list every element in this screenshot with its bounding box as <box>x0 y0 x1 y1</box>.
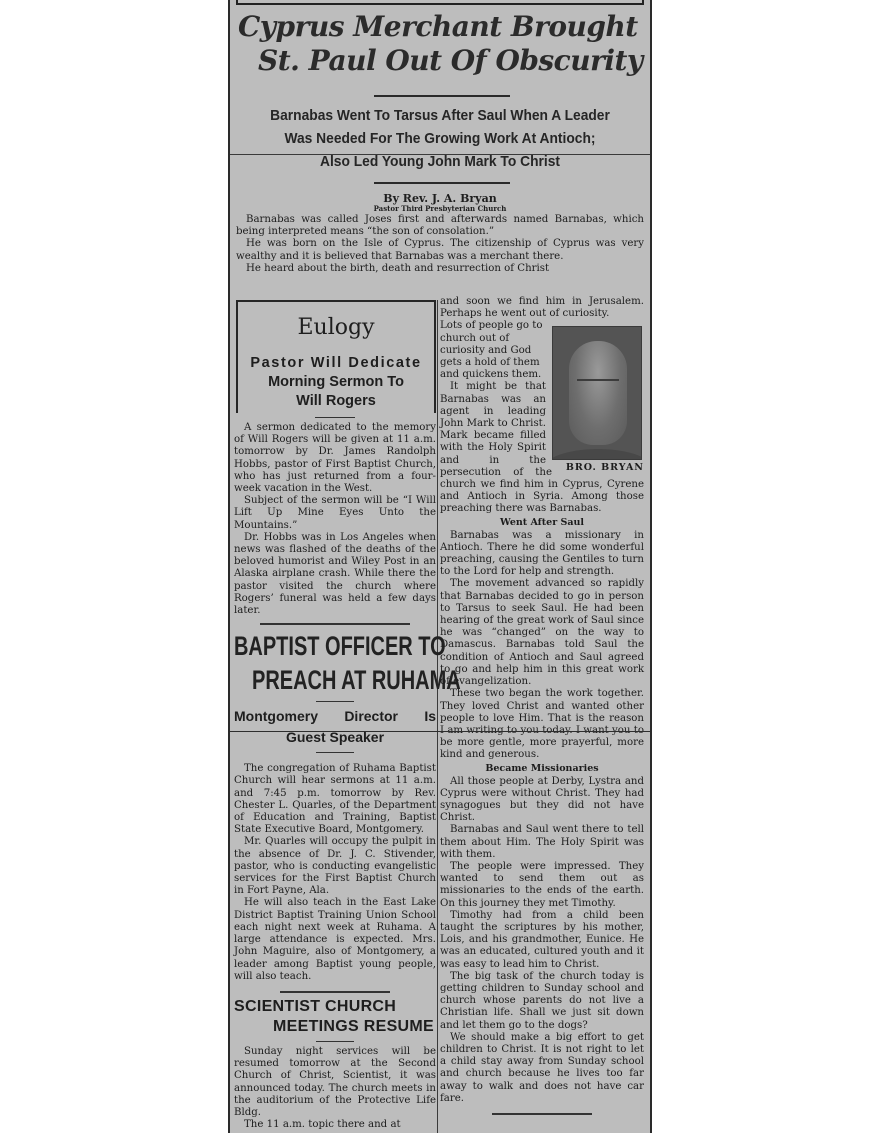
eulogy-paragraph: Subject of the sermon will be “I Will Li… <box>234 495 436 532</box>
photo-caption: BRO. BRYAN <box>552 462 644 474</box>
eulogy-title: Eulogy <box>242 314 430 342</box>
main-deck: Barnabas Went To Tarsus After Saul When … <box>247 104 633 173</box>
scientist-paragraph: The 11 a.m. topic there and at <box>234 1119 436 1131</box>
byline-title: Pastor Third Presbyterian Church <box>230 205 650 213</box>
deck-word: Montgomery <box>234 706 318 727</box>
section-subhead: Became Missionaries <box>440 763 644 775</box>
left-column: Eulogy Pastor Will Dedicate Morning Serm… <box>234 300 436 1131</box>
article-paragraph: Barnabas was a missionary in Antioch. Th… <box>440 530 644 579</box>
deck-divider <box>374 182 510 184</box>
eulogy-divider <box>315 417 355 418</box>
author-photo-figure <box>552 326 644 460</box>
article-paragraph: These two began the work together. They … <box>440 688 644 761</box>
headline-line-1: Cyprus Merchant Brought <box>230 10 650 44</box>
deck-line-1: Barnabas Went To Tarsus After Saul When … <box>247 104 633 127</box>
story-divider <box>260 623 410 625</box>
article-paragraph: We should make a big effort to get child… <box>440 1032 644 1105</box>
scientist-headline-line-2: MEETINGS RESUME <box>234 1017 436 1037</box>
deck-word: Is <box>424 706 436 727</box>
deck-word: Director <box>344 706 398 727</box>
article-paragraph: The big task of the church today is gett… <box>440 971 644 1032</box>
right-column: and soon we find him in Jerusalem. Perha… <box>440 296 644 1119</box>
scientist-paragraph: Sunday night services will be resumed to… <box>234 1046 436 1119</box>
intro-paragraph: He heard about the birth, death and resu… <box>236 263 644 275</box>
headline-divider <box>374 95 510 97</box>
article-paragraph: The movement advanced so rapidly that Ba… <box>440 578 644 688</box>
eulogy-paragraph: Dr. Hobbs was in Los Angeles when news w… <box>234 532 436 617</box>
deck-line-2: Was Needed For The Growing Work At Antio… <box>247 127 633 150</box>
eulogy-paragraph: A sermon dedicated to the memory of Will… <box>234 422 436 495</box>
intro-text: Barnabas was called Joses first and afte… <box>236 214 644 275</box>
fold-crease-line <box>230 731 650 732</box>
scientist-divider <box>316 1041 354 1042</box>
newspaper-clipping: Cyprus Merchant Brought St. Paul Out Of … <box>228 0 652 1133</box>
baptist-paragraph: The congregation of Ruhama Baptist Churc… <box>234 763 436 836</box>
article-paragraph: Timothy had from a child been taught the… <box>440 910 644 971</box>
eulogy-story: A sermon dedicated to the memory of Will… <box>234 422 436 617</box>
intro-paragraph: Barnabas was called Joses first and afte… <box>236 214 644 238</box>
deck-crease-line <box>230 154 650 155</box>
section-subhead: Went After Saul <box>440 517 644 529</box>
baptist-story: The congregation of Ruhama Baptist Churc… <box>234 763 436 983</box>
baptist-paragraph: He will also teach in the East Lake Dist… <box>234 897 436 982</box>
intro-paragraph: He was born on the Isle of Cyprus. The c… <box>236 238 644 262</box>
author-photo <box>552 326 642 460</box>
top-border-box <box>236 0 644 5</box>
photo-glasses <box>577 379 619 391</box>
column-divider <box>437 300 438 1133</box>
baptist-divider-2 <box>316 752 354 753</box>
end-rule <box>492 1113 592 1115</box>
eulogy-deck-line: Pastor Will Dedicate <box>242 354 430 373</box>
eulogy-deck-line: Will Rogers <box>242 392 430 411</box>
baptist-paragraph: Mr. Quarles will occupy the pulpit in th… <box>234 836 436 897</box>
scientist-story: Sunday night services will be resumed to… <box>234 1046 436 1131</box>
photo-head <box>569 341 627 445</box>
lead-in-paragraph: and soon we find him in Jerusalem. Perha… <box>440 296 644 320</box>
main-headline: Cyprus Merchant Brought St. Paul Out Of … <box>230 10 650 78</box>
article-paragraph: All those people at Derby, Lystra and Cy… <box>440 776 644 825</box>
story-divider-2 <box>280 991 390 993</box>
photo-shoulders <box>552 449 642 460</box>
baptist-deck: Montgomery Director Is Guest Speaker <box>234 706 436 748</box>
scientist-headline: SCIENTIST CHURCH MEETINGS RESUME <box>234 997 436 1037</box>
eulogy-deck-line: Morning Sermon To <box>242 373 430 392</box>
article-paragraph: Barnabas and Saul went there to tell the… <box>440 824 644 861</box>
baptist-headline-line-1: BAPTIST OFFICER TO <box>234 629 383 663</box>
headline-line-2: St. Paul Out Of Obscurity <box>230 44 650 78</box>
baptist-headline-line-2: PREACH AT RUHAMA <box>252 663 388 697</box>
eulogy-header-box: Eulogy Pastor Will Dedicate Morning Serm… <box>236 300 436 413</box>
article-paragraph: The people were impressed. They wanted t… <box>440 861 644 910</box>
scientist-headline-line-1: SCIENTIST CHURCH <box>234 997 436 1017</box>
baptist-divider <box>316 701 354 702</box>
eulogy-deck: Pastor Will Dedicate Morning Sermon To W… <box>242 354 430 411</box>
